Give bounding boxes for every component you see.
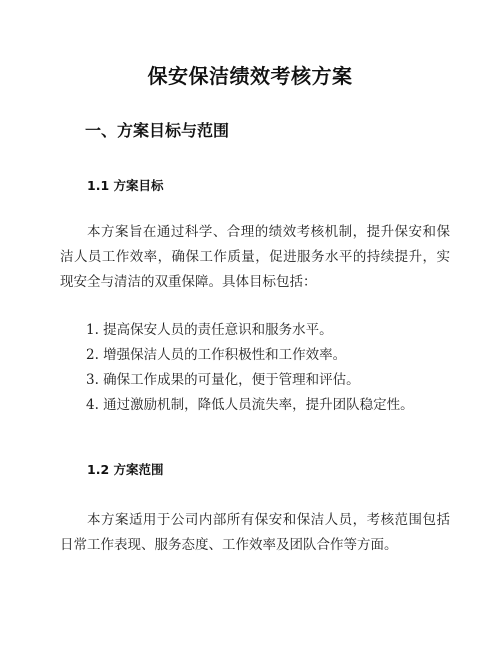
list-item: 1. 提高保安人员的责任意识和服务水平。	[86, 318, 414, 343]
list-item: 3. 确保工作成果的可量化，便于管理和评估。	[86, 368, 414, 393]
goals-list: 1. 提高保安人员的责任意识和服务水平。 2. 增强保洁人员的工作积极性和工作效…	[86, 318, 414, 418]
document-title: 保安保洁绩效考核方案	[0, 60, 500, 89]
goals-paragraph: 本方案旨在通过科学、合理的绩效考核机制，提升保安和保洁人员工作效率，确保工作质量…	[60, 220, 450, 295]
subsection-heading-scope: 1.2 方案范围	[87, 460, 164, 478]
section-heading-goals-scope: 一、方案目标与范围	[85, 118, 229, 141]
list-item: 2. 增强保洁人员的工作积极性和工作效率。	[86, 343, 414, 368]
list-item: 4. 通过激励机制，降低人员流失率，提升团队稳定性。	[86, 393, 414, 418]
scope-paragraph: 本方案适用于公司内部所有保安和保洁人员，考核范围包括日常工作表现、服务态度、工作…	[60, 508, 450, 558]
document-page: 保安保洁绩效考核方案 一、方案目标与范围 1.1 方案目标 本方案旨在通过科学、…	[0, 0, 500, 647]
subsection-heading-goals: 1.1 方案目标	[87, 176, 164, 194]
